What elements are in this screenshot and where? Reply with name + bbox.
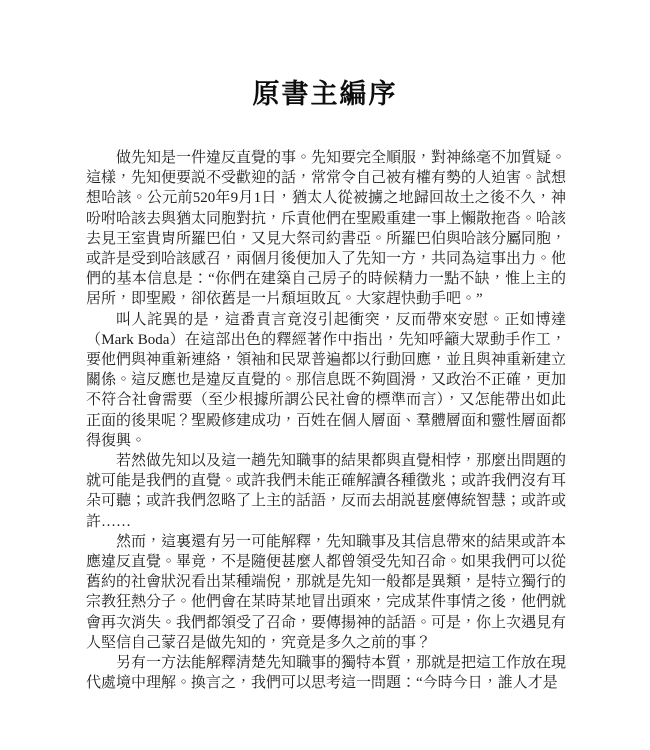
page-title: 原書主編序 (0, 0, 650, 110)
preface-page: 原書主編序 做先知是一件違反直覺的事。先知要完全順服，對神絲毫不加質疑。這樣，先… (0, 0, 650, 750)
preface-paragraph: 另有一方法能解釋清楚先知職事的獨特本質，那就是把這工作放在現代處境中理解。換言之… (86, 653, 566, 693)
preface-paragraph: 若然做先知以及這一趟先知職事的結果都與直覺相悖，那麼出問題的就可能是我們的直覺。… (86, 451, 566, 532)
preface-paragraph: 叫人詫異的是，這番責言竟沒引起衝突，反而帶來安慰。正如博達（Mark Boda）… (86, 310, 566, 451)
preface-body: 做先知是一件違反直覺的事。先知要完全順服，對神絲毫不加質疑。這樣，先知便要説不受… (86, 148, 566, 693)
preface-paragraph: 做先知是一件違反直覺的事。先知要完全順服，對神絲毫不加質疑。這樣，先知便要説不受… (86, 148, 566, 310)
preface-paragraph: 然而，這裏還有另一可能解釋，先知職事及其信息帶來的結果或許本應違反直覺。畢竟，不… (86, 532, 566, 653)
